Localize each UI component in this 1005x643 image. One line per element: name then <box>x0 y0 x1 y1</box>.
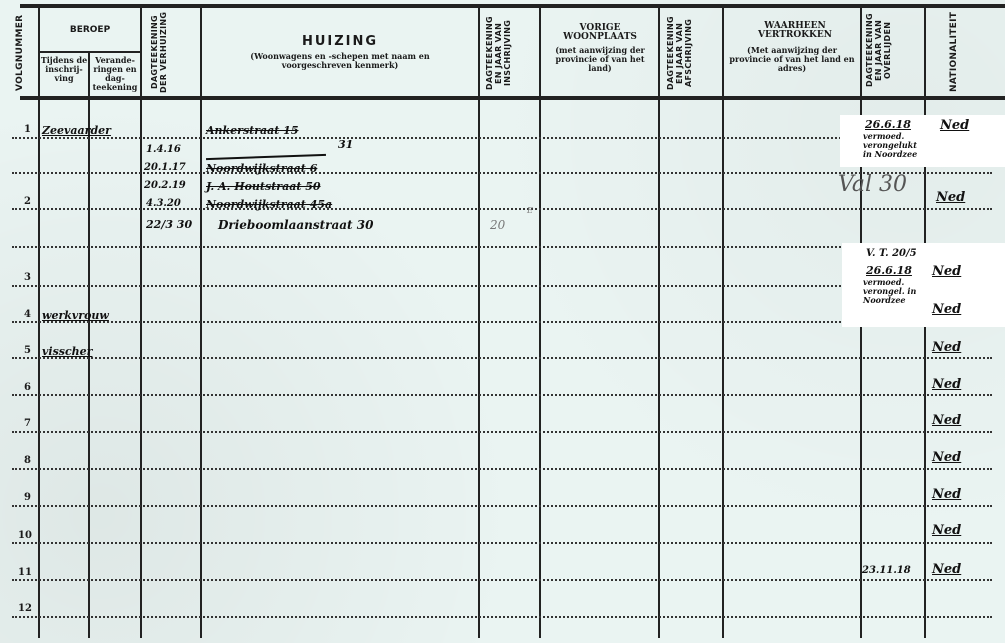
nationality-row-2: Ned <box>936 190 965 205</box>
move-date-5: 22/3 30 <box>146 218 192 231</box>
header-beroep-veranderingen: Verande- ringen en dag- teekening <box>90 56 140 92</box>
register-page: VOLGNUMMER BEROEP Tijdens de inschrij- v… <box>0 0 1005 643</box>
row-line-11 <box>12 579 992 581</box>
header-huizing: HUIZING <box>205 34 475 49</box>
move-date-3: 20.2.19 <box>144 180 186 191</box>
nationality-row-1: Ned <box>940 118 969 133</box>
header-waarheen-subtitle: (Met aanwijzing der provincie of van het… <box>726 46 858 73</box>
row-line-9 <box>12 505 992 507</box>
row-number-1: 1 <box>24 124 31 135</box>
header-dagteekening-verhuizing-text: DAGTEEKENING DER VERHUIZING <box>150 11 168 92</box>
row-line-5 <box>12 357 992 359</box>
note-row-3: V. T. 20/5 <box>866 248 917 259</box>
header-volgnummer: VOLGNUMMER <box>16 12 30 94</box>
address-2: Noordwijkstraat 6 <box>206 162 317 175</box>
header-beroep: BEROEP <box>40 25 140 35</box>
beroep-row-5: visscher <box>42 345 92 358</box>
row-number-4: 4 <box>24 309 31 320</box>
row-number-3: 3 <box>24 272 31 283</box>
nationality-row-3: Ned <box>932 264 961 279</box>
address-5-mark: E <box>527 206 533 215</box>
header-afschrijving-text: DAGTEEKENING EN JAAR VAN AFSCHRIJVING <box>666 16 693 90</box>
header-overlijden-text: DAGTEEKENING EN JAAR VAN OVERLIJDEN <box>865 13 892 87</box>
header-nationaliteit: NATIONALITEIT <box>950 12 964 92</box>
address-5-pencil-number: 20 <box>490 218 505 232</box>
pencil-note-row-2: Val 30 <box>838 172 907 197</box>
row-line-7 <box>12 431 992 433</box>
header-afschrijving: DAGTEEKENING EN JAAR VAN AFSCHRIJVING <box>666 10 716 96</box>
death-date-row-11: 23.11.18 <box>862 565 911 576</box>
header-inschrijving-text: DAGTEEKENING EN JAAR VAN INSCHRIJVING <box>485 16 512 90</box>
nationality-row-4: Ned <box>932 302 961 317</box>
beroep-row-1: Zeevaarder <box>42 124 111 137</box>
row-number-2: 2 <box>24 196 31 207</box>
row-line-10 <box>12 542 992 544</box>
header-vorige-woonplaats: VORIGE WOONPLAATS <box>560 24 640 42</box>
death-date-row-1: 26.6.18 <box>865 118 911 131</box>
header-beroep-tijdens: Tijdens de inschrij- ving <box>40 56 88 83</box>
address-4: Noordwijkstraat 45a <box>206 198 332 211</box>
row-number-9: 9 <box>24 492 31 503</box>
address-5: Drieboomlaanstraat 30 <box>218 218 373 232</box>
row-number-11: 11 <box>18 567 32 578</box>
move-date-4: 4.3.20 <box>146 198 181 209</box>
beroep-sub-line <box>38 51 140 53</box>
address-3: J. A. Houtstraat 50 <box>206 180 321 193</box>
header-overlijden: DAGTEEKENING EN JAAR VAN OVERLIJDEN <box>865 6 919 94</box>
address-1-strike-line <box>206 154 326 160</box>
header-bottom-border <box>20 96 1005 100</box>
nationality-row-5: Ned <box>932 340 961 355</box>
row-number-7: 7 <box>24 418 31 429</box>
row-line-12 <box>12 616 992 618</box>
nationality-row-6: Ned <box>932 377 961 392</box>
row-line-6 <box>12 394 992 396</box>
nationality-row-7: Ned <box>932 413 961 428</box>
row-number-5: 5 <box>24 345 31 356</box>
death-note-row-1: vermoed. verongelukt in Noordzee <box>863 132 925 159</box>
header-dagteekening-verhuizing: DAGTEEKENING DER VERHUIZING <box>150 10 192 94</box>
header-huizing-subtitle: (Woonwagens en -schepen met naam en voor… <box>240 52 440 70</box>
nationality-row-9: Ned <box>932 487 961 502</box>
header-vorige-woonplaats-subtitle: (met aanwijzing der provincie of van het… <box>545 46 655 73</box>
nationality-row-8: Ned <box>932 450 961 465</box>
row-number-8: 8 <box>24 455 31 466</box>
address-1-number-change: 31 <box>338 138 353 151</box>
top-border <box>20 4 1005 8</box>
row-number-10: 10 <box>18 530 32 541</box>
death-date-row-3: 26.6.18 <box>866 264 912 277</box>
row-number-6: 6 <box>24 382 31 393</box>
row-line-8 <box>12 468 992 470</box>
beroep-row-4: werkvrouw <box>42 309 109 322</box>
row-number-12: 12 <box>18 603 32 614</box>
header-waarheen: WAARHEEN VERTROKKEN <box>750 22 840 40</box>
nationality-row-11: Ned <box>932 562 961 577</box>
header-inschrijving: DAGTEEKENING EN JAAR VAN INSCHRIJVING <box>485 10 533 96</box>
death-note-row-3: vermoed. verongel. in Noordzee <box>863 278 925 305</box>
move-date-2: 20.1.17 <box>144 162 186 173</box>
move-date-1: 1.4.16 <box>146 144 181 155</box>
address-1: Ankerstraat 15 <box>206 124 299 137</box>
nationality-row-10: Ned <box>932 523 961 538</box>
